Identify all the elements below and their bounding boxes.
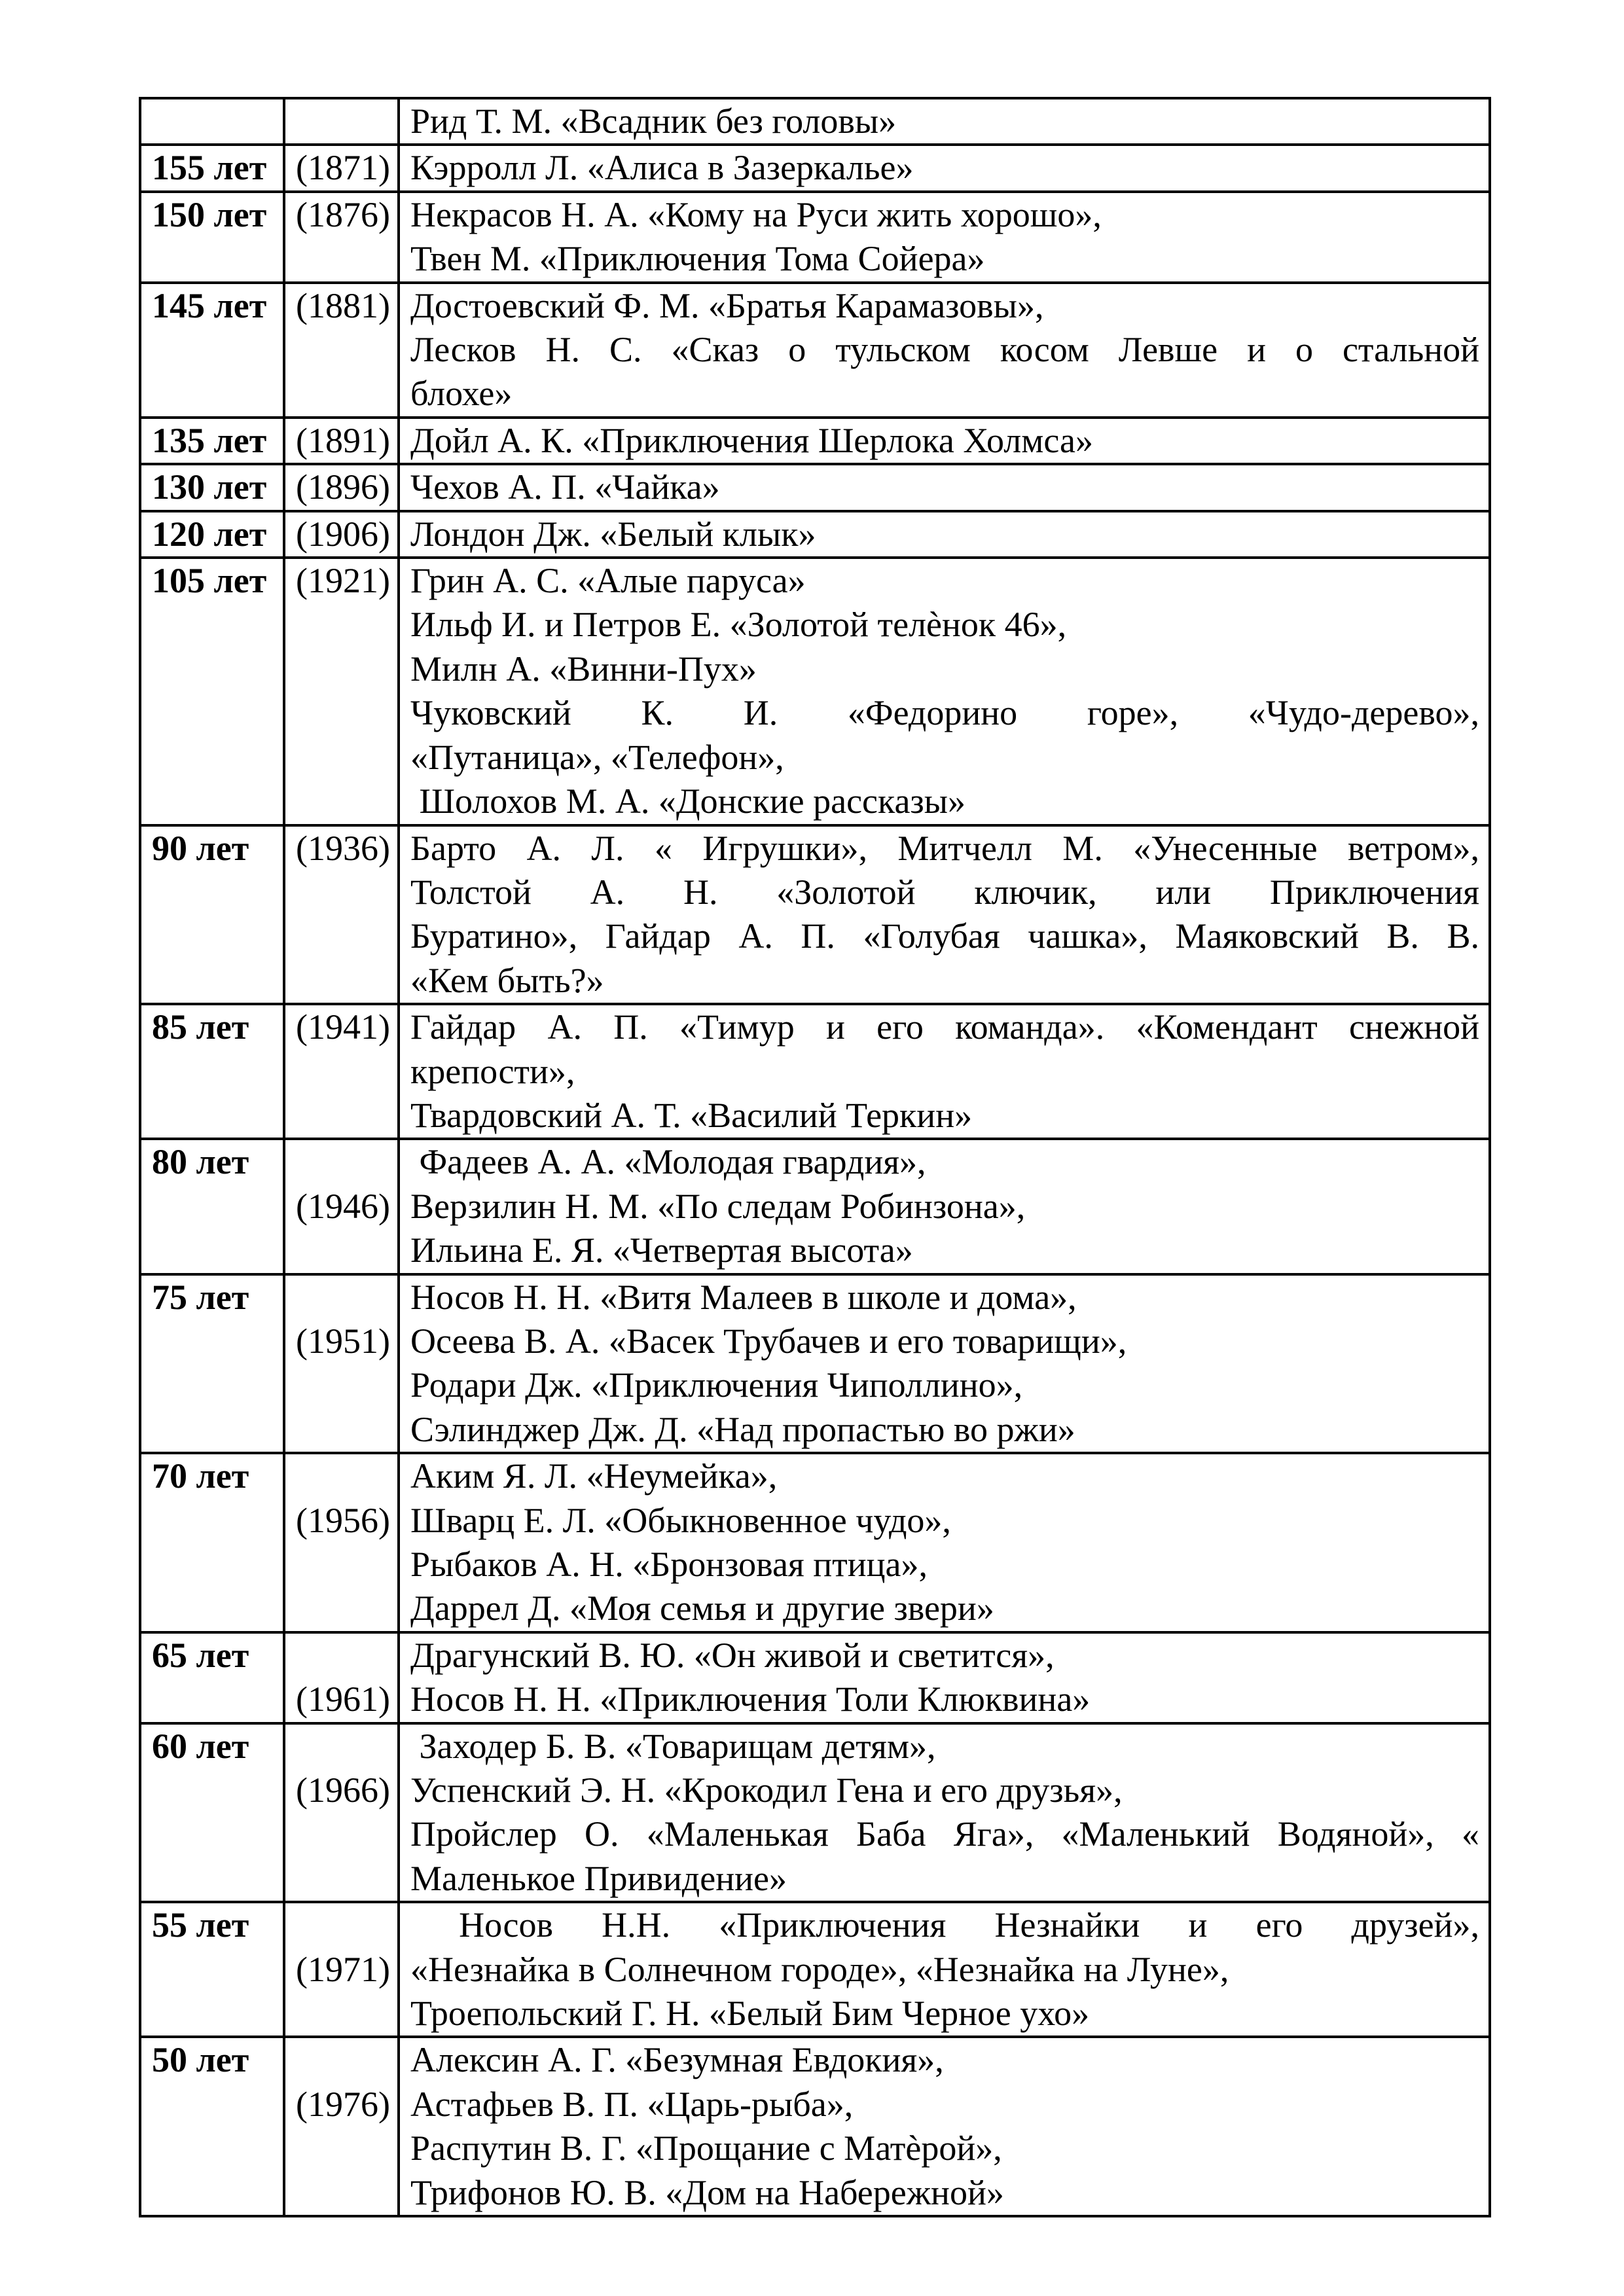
publication-year: (1896): [296, 465, 388, 509]
table-row: 65 лет (1961)Драгунский В. Ю. «Он живой …: [140, 1632, 1490, 1723]
anniversary-age: [152, 99, 274, 143]
works-cell: Дойл А. К. «Приключения Шерлока Холмса»: [399, 418, 1490, 464]
anniversary-age-cell: 85 лет: [140, 1004, 284, 1139]
anniversary-age: 55 лет: [152, 1903, 274, 1947]
publication-year: (1871): [296, 146, 388, 190]
works-cell: Некрасов Н. А. «Кому на Руси жить хорошо…: [399, 192, 1490, 283]
table-row: 150 лет(1876)Некрасов Н. А. «Кому на Рус…: [140, 192, 1490, 283]
work-entry-line: Чуковский К. И. «Федорино горе», «Чудо-д…: [410, 691, 1479, 735]
anniversary-age: 65 лет: [152, 1634, 274, 1677]
work-entry-line: «Кем быть?»: [410, 959, 1479, 1003]
anniversary-age: 135 лет: [152, 419, 274, 463]
works-cell: Рид Т. М. «Всадник без головы»: [399, 98, 1490, 145]
table-row: 60 лет (1966) Заходер Б. В. «Товарищам д…: [140, 1723, 1490, 1903]
work-entry-line: Носов Н.Н. «Приключения Незнайки и его д…: [410, 1903, 1479, 1947]
publication-year-cell: (1891): [284, 418, 399, 464]
anniversary-age-cell: 80 лет: [140, 1139, 284, 1274]
publication-year: (1951): [296, 1319, 388, 1363]
anniversary-age: 120 лет: [152, 512, 274, 556]
anniversary-age-cell: 90 лет: [140, 825, 284, 1005]
table-row: 75 лет (1951)Носов Н. Н. «Витя Малеев в …: [140, 1274, 1490, 1454]
work-entry-line: Кэрролл Л. «Алиса в Зазеркалье»: [410, 146, 1479, 190]
work-entry-line: Родари Дж. «Приключения Чиполлино»,: [410, 1363, 1479, 1407]
work-entry-line: блохе»: [410, 372, 1479, 416]
table-row: 120 лет(1906)Лондон Дж. «Белый клык»: [140, 511, 1490, 558]
publication-year-cell: (1941): [284, 1004, 399, 1139]
work-entry-line: Трифонов Ю. В. «Дом на Набережной»: [410, 2171, 1479, 2215]
anniversary-age-cell: [140, 98, 284, 145]
publication-year: (1946): [296, 1185, 388, 1229]
work-entry-line: Носов Н. Н. «Приключения Толи Клюквина»: [410, 1677, 1479, 1721]
anniversary-age-cell: 135 лет: [140, 418, 284, 464]
anniversary-age-cell: 155 лет: [140, 145, 284, 191]
work-entry-line: Успенский Э. Н. «Крокодил Гена и его дру…: [410, 1768, 1479, 1812]
anniversary-age: 60 лет: [152, 1725, 274, 1768]
works-cell: Грин А. С. «Алые паруса»Ильф И. и Петров…: [399, 558, 1490, 825]
work-entry-line: Лесков Н. С. «Сказ о тульском косом Левш…: [410, 328, 1479, 372]
anniversary-age: 105 лет: [152, 559, 274, 603]
work-entry-line: Буратино», Гайдар А. П. «Голубая чашка»,…: [410, 914, 1479, 958]
works-cell: Чехов А. П. «Чайка»: [399, 464, 1490, 511]
anniversary-age-cell: 150 лет: [140, 192, 284, 283]
document-page: Рид Т. М. «Всадник без головы»155 лет(18…: [0, 0, 1624, 2296]
work-entry-line: Рыбаков А. Н. «Бронзовая птица»,: [410, 1543, 1479, 1587]
publication-year-cell: (1961): [284, 1632, 399, 1723]
publication-year: (1906): [296, 512, 388, 556]
work-entry-line: Носов Н. Н. «Витя Малеев в школе и дома»…: [410, 1276, 1479, 1319]
publication-year-cell: (1876): [284, 192, 399, 283]
work-entry-line: Алексин А. Г. «Безумная Евдокия»,: [410, 2038, 1479, 2082]
anniversary-age: 70 лет: [152, 1454, 274, 1498]
work-entry-line: Ильф И. и Петров Е. «Золотой телѐнок 46»…: [410, 603, 1479, 647]
table-row: 50 лет (1976)Алексин А. Г. «Безумная Евд…: [140, 2037, 1490, 2216]
work-entry-line: Достоевский Ф. М. «Братья Карамазовы»,: [410, 284, 1479, 328]
publication-year: (1961): [296, 1677, 388, 1721]
works-cell: Достоевский Ф. М. «Братья Карамазовы»,Ле…: [399, 283, 1490, 418]
anniversary-age-cell: 105 лет: [140, 558, 284, 825]
work-entry-line: Даррел Д. «Моя семья и другие звери»: [410, 1587, 1479, 1630]
works-cell: Носов Н. Н. «Витя Малеев в школе и дома»…: [399, 1274, 1490, 1454]
works-cell: Аким Я. Л. «Неумейка»,Шварц Е. Л. «Обыкн…: [399, 1453, 1490, 1632]
publication-year-cell: (1871): [284, 145, 399, 191]
anniversary-age: 130 лет: [152, 465, 274, 509]
anniversary-age: 75 лет: [152, 1276, 274, 1319]
publication-year: (1956): [296, 1499, 388, 1543]
anniversary-age-cell: 120 лет: [140, 511, 284, 558]
works-cell: Кэрролл Л. «Алиса в Зазеркалье»: [399, 145, 1490, 191]
table-row: 80 лет (1946) Фадеев А. А. «Молодая гвар…: [140, 1139, 1490, 1274]
publication-year-cell: (1966): [284, 1723, 399, 1903]
work-entry-line: Маленькое Привидение»: [410, 1857, 1479, 1901]
publication-year-cell: (1971): [284, 1902, 399, 2037]
table-row: 70 лет (1956)Аким Я. Л. «Неумейка»,Шварц…: [140, 1453, 1490, 1632]
table-row: 130 лет(1896)Чехов А. П. «Чайка»: [140, 464, 1490, 511]
works-cell: Драгунский В. Ю. «Он живой и светится»,Н…: [399, 1632, 1490, 1723]
work-entry-line: Некрасов Н. А. «Кому на Руси жить хорошо…: [410, 193, 1479, 237]
publication-year: (1971): [296, 1948, 388, 1992]
work-entry-line: Чехов А. П. «Чайка»: [410, 465, 1479, 509]
work-entry-line: Драгунский В. Ю. «Он живой и светится»,: [410, 1634, 1479, 1677]
anniversary-age-cell: 130 лет: [140, 464, 284, 511]
publication-year: (1881): [296, 284, 388, 328]
table-row: 135 лет(1891)Дойл А. К. «Приключения Шер…: [140, 418, 1490, 464]
publication-year-cell: (1956): [284, 1453, 399, 1632]
publication-year-cell: (1881): [284, 283, 399, 418]
table-body: Рид Т. М. «Всадник без головы»155 лет(18…: [140, 98, 1490, 2216]
work-entry-line: Фадеев А. А. «Молодая гвардия»,: [410, 1140, 1479, 1184]
publication-year-cell: (1906): [284, 511, 399, 558]
anniversary-age-cell: 75 лет: [140, 1274, 284, 1454]
work-entry-line: Шварц Е. Л. «Обыкновенное чудо»,: [410, 1499, 1479, 1543]
work-entry-line: Аким Я. Л. «Неумейка»,: [410, 1454, 1479, 1498]
works-cell: Алексин А. Г. «Безумная Евдокия»,Астафье…: [399, 2037, 1490, 2216]
work-entry-line: Гайдар А. П. «Тимур и его команда». «Ком…: [410, 1005, 1479, 1049]
anniversary-age: 85 лет: [152, 1005, 274, 1049]
work-entry-line: Толстой А. Н. «Золотой ключик, или Прикл…: [410, 870, 1479, 914]
publication-year: (1966): [296, 1768, 388, 1812]
table-row: 85 лет(1941)Гайдар А. П. «Тимур и его ко…: [140, 1004, 1490, 1139]
work-entry-line: Ильина Е. Я. «Четвертая высота»: [410, 1229, 1479, 1272]
table-row: Рид Т. М. «Всадник без головы»: [140, 98, 1490, 145]
anniversary-age-cell: 60 лет: [140, 1723, 284, 1903]
anniversary-age: 145 лет: [152, 284, 274, 328]
anniversary-age-cell: 50 лет: [140, 2037, 284, 2216]
table-row: 155 лет(1871)Кэрролл Л. «Алиса в Зазерка…: [140, 145, 1490, 191]
publication-year: (1976): [296, 2083, 388, 2126]
table-row: 105 лет(1921)Грин А. С. «Алые паруса»Иль…: [140, 558, 1490, 825]
anniversary-age-cell: 65 лет: [140, 1632, 284, 1723]
works-cell: Заходер Б. В. «Товарищам детям»,Успенски…: [399, 1723, 1490, 1903]
works-cell: Носов Н.Н. «Приключения Незнайки и его д…: [399, 1902, 1490, 2037]
table-row: 90 лет(1936)Барто А. Л. « Игрушки», Митч…: [140, 825, 1490, 1005]
works-cell: Лондон Дж. «Белый клык»: [399, 511, 1490, 558]
work-entry-line: Барто А. Л. « Игрушки», Митчелл М. «Унес…: [410, 827, 1479, 870]
publication-year: (1941): [296, 1005, 388, 1049]
anniversary-age: 150 лет: [152, 193, 274, 237]
table-row: 145 лет(1881)Достоевский Ф. М. «Братья К…: [140, 283, 1490, 418]
publication-year: (1936): [296, 827, 388, 870]
publication-year: (1891): [296, 419, 388, 463]
work-entry-line: Астафьев В. П. «Царь-рыба»,: [410, 2083, 1479, 2126]
work-entry-line: Лондон Дж. «Белый клык»: [410, 512, 1479, 556]
publication-year: (1921): [296, 559, 388, 603]
work-entry-line: Шолохов М. А. «Донские рассказы»: [410, 780, 1479, 823]
publication-year-cell: (1976): [284, 2037, 399, 2216]
works-cell: Гайдар А. П. «Тимур и его команда». «Ком…: [399, 1004, 1490, 1139]
publication-year-cell: (1896): [284, 464, 399, 511]
work-entry-line: Дойл А. К. «Приключения Шерлока Холмса»: [410, 419, 1479, 463]
work-entry-line: Твардовский А. Т. «Василий Теркин»: [410, 1094, 1479, 1138]
publication-year: (1876): [296, 193, 388, 237]
anniversary-books-table: Рид Т. М. «Всадник без головы»155 лет(18…: [139, 97, 1491, 2217]
publication-year-cell: [284, 98, 399, 145]
publication-year: [296, 99, 388, 143]
anniversary-age-cell: 55 лет: [140, 1902, 284, 2037]
work-entry-line: Распутин В. Г. «Прощание с Матѐрой»,: [410, 2126, 1479, 2170]
publication-year-cell: (1946): [284, 1139, 399, 1274]
work-entry-line: Сэлинджер Дж. Д. «Над пропастью во ржи»: [410, 1408, 1479, 1452]
work-entry-line: Осеева В. А. «Васек Трубачев и его товар…: [410, 1319, 1479, 1363]
works-cell: Барто А. Л. « Игрушки», Митчелл М. «Унес…: [399, 825, 1490, 1005]
anniversary-age: 80 лет: [152, 1140, 274, 1184]
anniversary-age: 155 лет: [152, 146, 274, 190]
works-cell: Фадеев А. А. «Молодая гвардия»,Верзилин …: [399, 1139, 1490, 1274]
anniversary-age-cell: 70 лет: [140, 1453, 284, 1632]
work-entry-line: крепости»,: [410, 1050, 1479, 1094]
publication-year-cell: (1921): [284, 558, 399, 825]
anniversary-age: 90 лет: [152, 827, 274, 870]
work-entry-line: Рид Т. М. «Всадник без головы»: [410, 99, 1479, 143]
work-entry-line: Заходер Б. В. «Товарищам детям»,: [410, 1725, 1479, 1768]
table-row: 55 лет (1971) Носов Н.Н. «Приключения Не…: [140, 1902, 1490, 2037]
work-entry-line: Твен М. «Приключения Тома Сойера»: [410, 237, 1479, 281]
publication-year-cell: (1951): [284, 1274, 399, 1454]
work-entry-line: «Незнайка в Солнечном городе», «Незнайка…: [410, 1948, 1479, 1992]
anniversary-age-cell: 145 лет: [140, 283, 284, 418]
work-entry-line: Пройслер О. «Маленькая Баба Яга», «Мален…: [410, 1812, 1479, 1856]
anniversary-age: 50 лет: [152, 2038, 274, 2082]
publication-year-cell: (1936): [284, 825, 399, 1005]
work-entry-line: Милн А. «Винни-Пух»: [410, 647, 1479, 691]
work-entry-line: «Путаница», «Телефон»,: [410, 736, 1479, 780]
work-entry-line: Троепольский Г. Н. «Белый Бим Черное ухо…: [410, 1992, 1479, 2036]
work-entry-line: Грин А. С. «Алые паруса»: [410, 559, 1479, 603]
work-entry-line: Верзилин Н. М. «По следам Робинзона»,: [410, 1185, 1479, 1229]
